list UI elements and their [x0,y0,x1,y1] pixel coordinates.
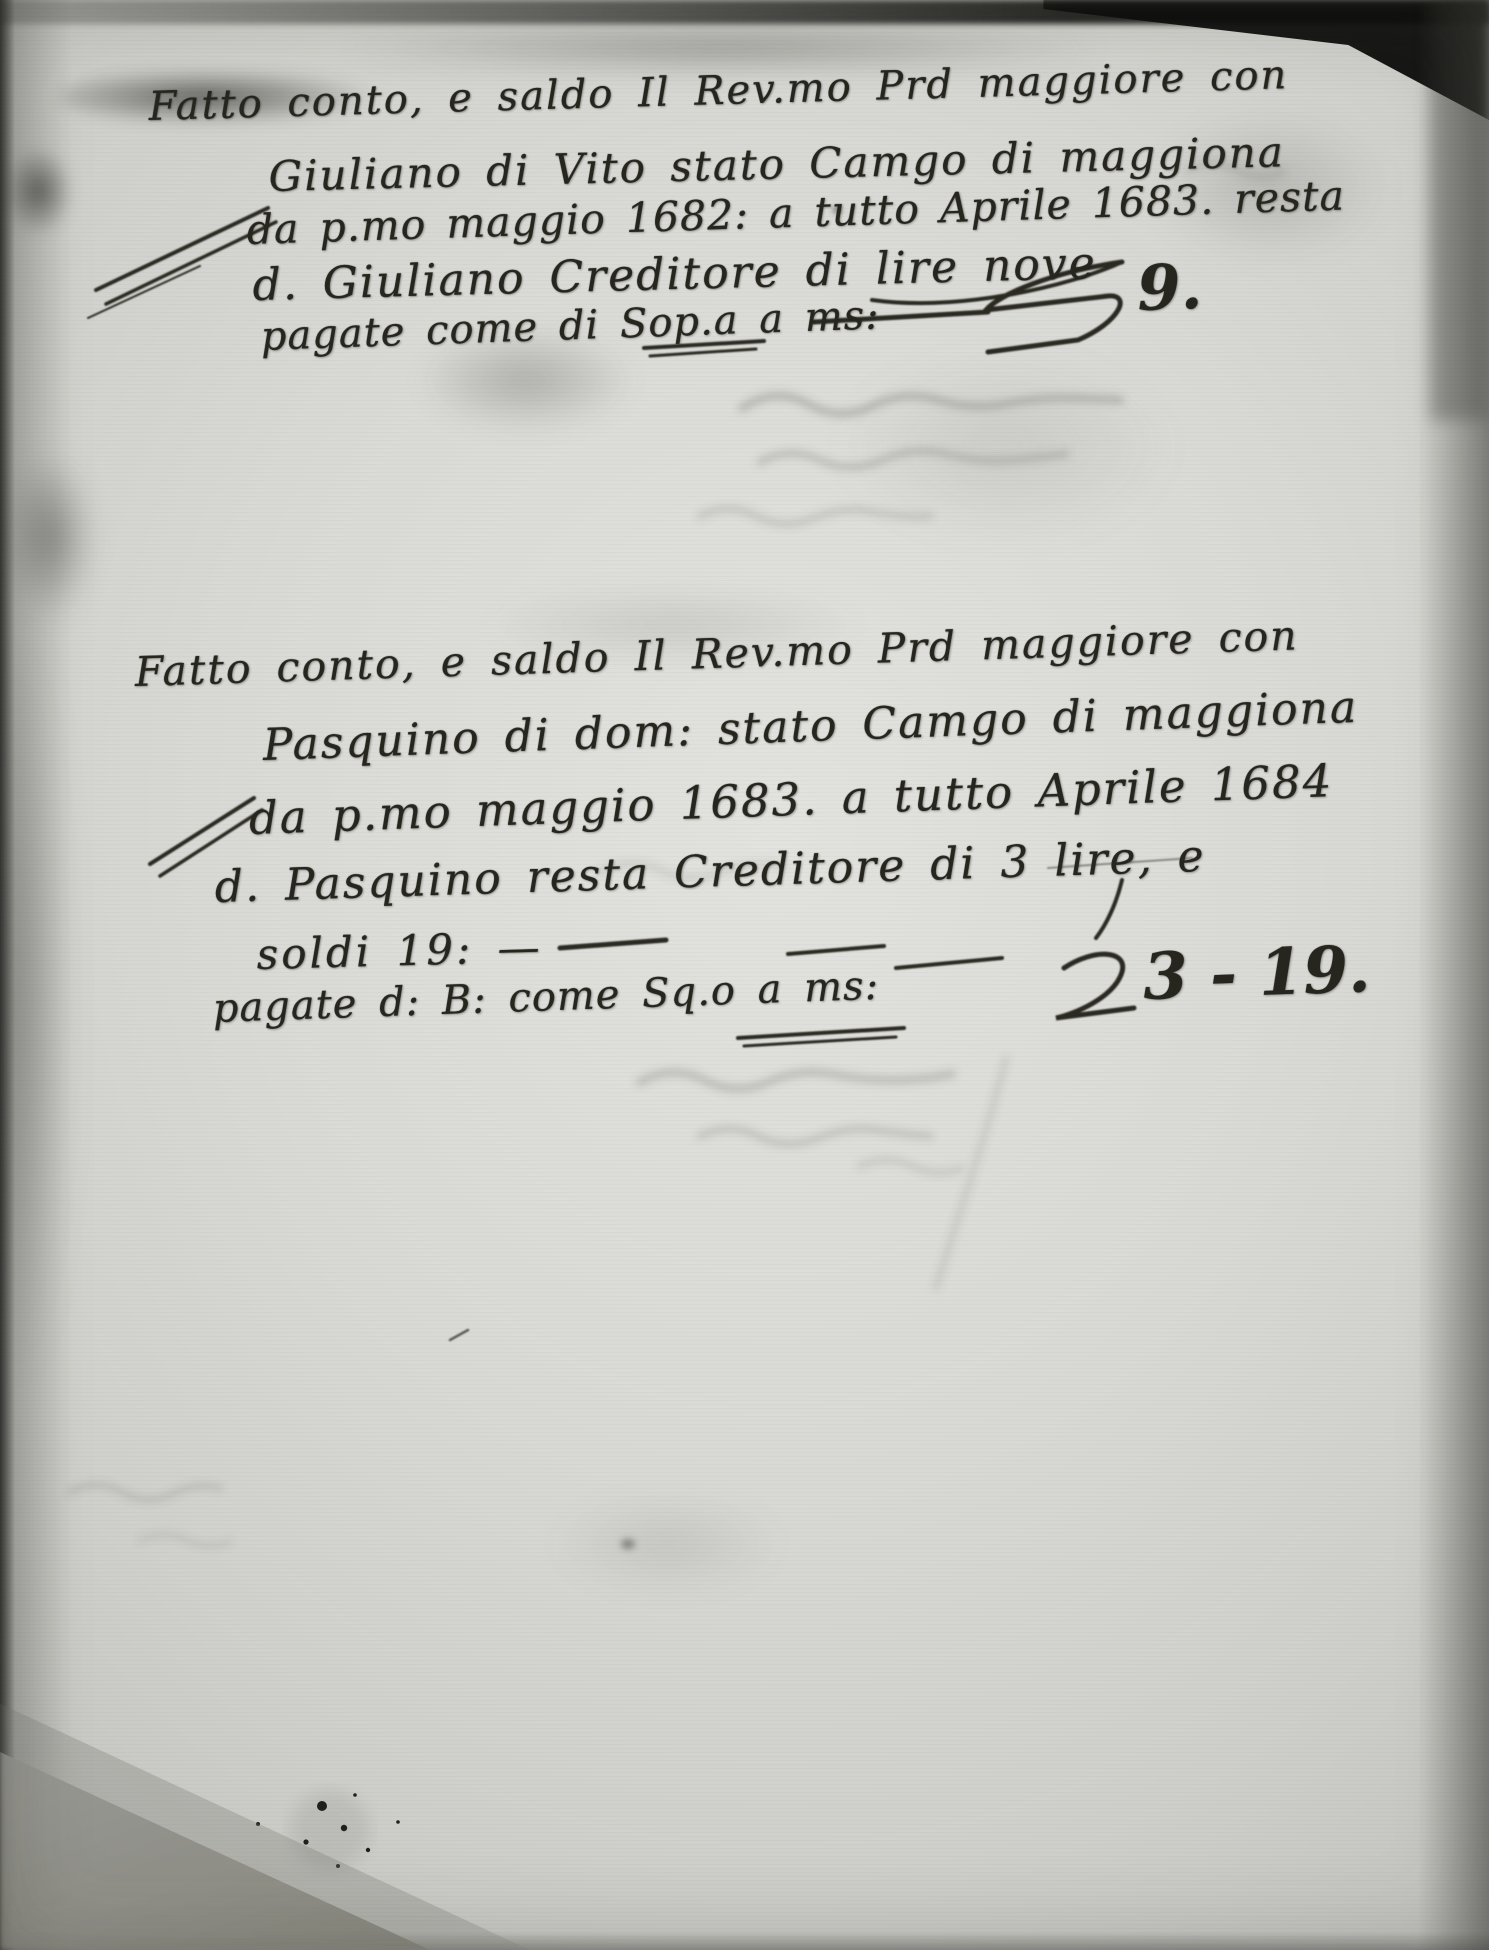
top-edge-shadow [0,0,1489,24]
entry2-line1: Fatto conto, e saldo Il Rev.mo Prd maggi… [134,611,1299,696]
ink-speckles [256,1790,400,1870]
entry1-amount: 9. [1136,250,1203,325]
shading-left-band [0,620,66,1380]
ink-dot [618,1536,638,1552]
right-edge-shading [1418,0,1489,1950]
entry2-line4: d. Pasquino resta Creditore di 3 lire, e [214,831,1206,913]
corner-fold [0,1650,430,1950]
left-edge-shading [0,0,72,1950]
entry2-amount: 3 - 19. [1142,932,1371,1015]
manuscript-page: Fatto conto, e saldo Il Rev.mo Prd maggi… [0,0,1489,1950]
right-edge-shadow-top [1430,0,1489,420]
underline-ms-entry2 [738,1028,904,1046]
left-binding-edge [0,0,15,1950]
corner-fold-shadow [0,1598,530,1950]
entry2-line2: Pasquino di dom: stato Camgo di maggiona [262,682,1359,771]
tick-mark [450,1330,468,1340]
smudge-bottom [552,1496,782,1592]
entry2-line5: soldi 19: — [256,923,543,979]
bleed-shadow-upper [836,352,1176,542]
flourish-entry2 [1056,880,1134,1018]
stain-left-edge [2,146,74,236]
bottom-edge-shading [0,1932,1489,1950]
entry1-line1: Fatto conto, e saldo Il Rev.mo Prd maggi… [148,52,1289,130]
smudge-left-margin [4,452,96,622]
